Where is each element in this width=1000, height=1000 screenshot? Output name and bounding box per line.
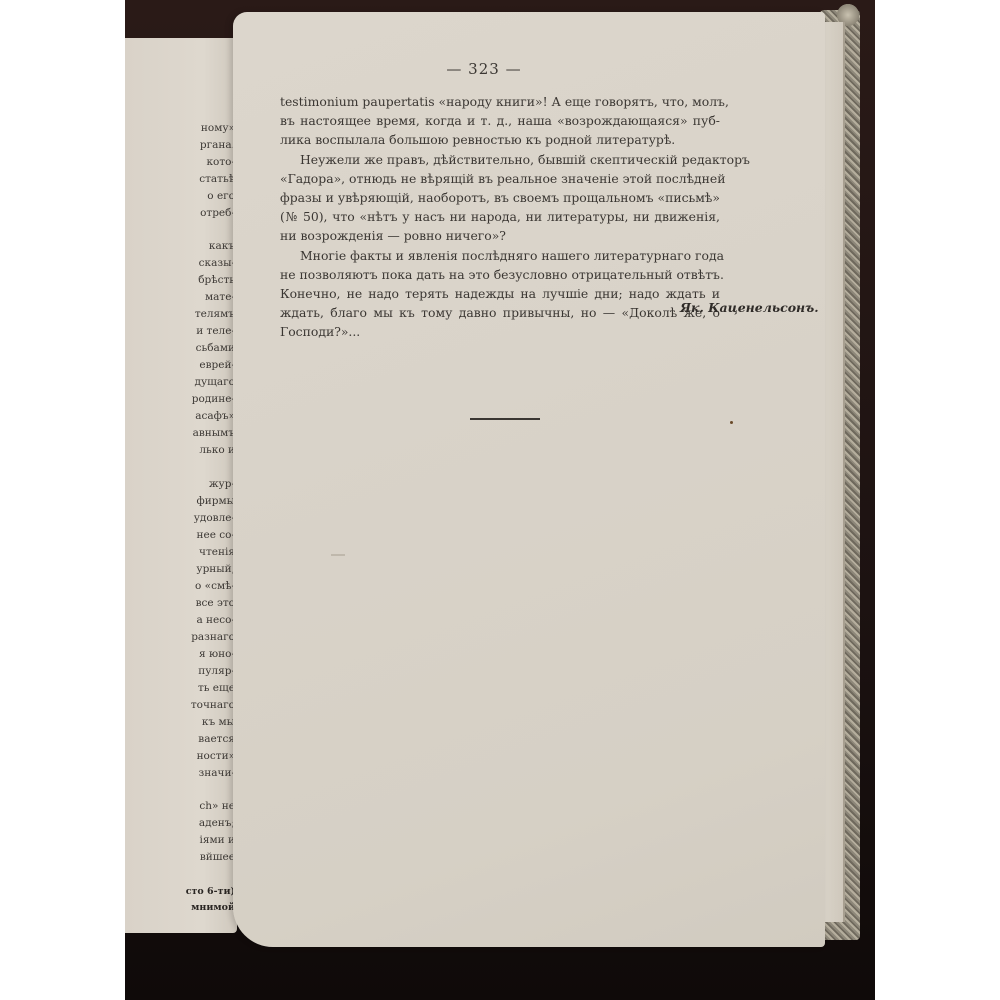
left-page-fragment: еврей-: [199, 358, 235, 372]
left-page-fragment: ному»: [201, 121, 235, 135]
left-page-fragment: сьбами: [196, 341, 235, 355]
left-page-fragment: точнаго: [191, 698, 235, 712]
left-page-fragment: родине-: [192, 392, 235, 406]
left-page-fragment: а несо-: [196, 613, 235, 627]
left-page-fragment: аденъ;: [199, 816, 235, 830]
paper-spot: [730, 421, 733, 424]
end-rule-divider: [470, 418, 540, 420]
text-line: «Гадора», отнюдь не вѣрящій въ реальное …: [280, 169, 720, 188]
left-page-fragment: вается: [198, 732, 235, 746]
left-page-fragment: и теле-: [196, 324, 235, 338]
left-page-fragment: брѣсть: [198, 273, 235, 287]
text-line: testimonium paupertatis «народу книги»! …: [280, 92, 720, 111]
left-page-fragment: фирмы: [197, 494, 235, 508]
left-page-fragment: статьѣ: [199, 172, 235, 186]
left-page-fragment: іями и: [200, 833, 235, 847]
left-page-fragment: асафъ»: [195, 409, 235, 423]
left-page-fragment: все это: [196, 596, 235, 610]
page-number: — 323 —: [233, 60, 825, 78]
text-line: Господи?»...: [280, 322, 720, 341]
book-photograph: ному»ргана.кото-статьѣо егоотреб-какъска…: [125, 0, 875, 1000]
main-page-body-text: testimonium paupertatis «народу книги»! …: [280, 92, 720, 342]
left-page-fragment: пуляр-: [198, 664, 235, 678]
page-nick: [331, 554, 345, 556]
left-page: ному»ргана.кото-статьѣо егоотреб-какъска…: [125, 38, 237, 933]
left-page-fragment: урный,: [196, 562, 235, 576]
left-page-fragment: къ мы: [202, 715, 235, 729]
left-page-fragment: кото-: [206, 155, 235, 169]
left-page-fragment: сто 6-ти): [186, 885, 235, 899]
text-line: лика воспылала большою ревностью къ родн…: [280, 130, 720, 149]
left-page-fragment: чтенія: [199, 545, 235, 559]
left-page-fragment: я юно-: [199, 647, 235, 661]
text-line: Конечно, не надо терять надежды на лучші…: [280, 284, 720, 303]
left-page-fragment: мнимой: [191, 901, 235, 915]
text-line: въ настоящее время, когда и т. д., наша …: [280, 111, 720, 130]
left-page-fragment: ch» не: [199, 799, 235, 813]
left-page-fragment: о его: [207, 189, 235, 203]
text-line: (№ 50), что «нѣтъ у насъ ни народа, ни л…: [280, 207, 720, 226]
left-page-fragment: ности»: [197, 749, 235, 763]
left-page-fragment: значи-: [199, 766, 235, 780]
text-line: не позволяютъ пока дать на это безусловн…: [280, 265, 720, 284]
left-page-fragment: дущаго: [195, 375, 236, 389]
left-page-fragment: мате-: [205, 290, 235, 304]
left-page-fragment: разнаго: [191, 630, 235, 644]
left-page-fragment: отреб-: [200, 206, 235, 220]
text-line: Неужели же правъ, дѣйствительно, бывшій …: [280, 150, 720, 169]
left-page-fragment: вйшее: [200, 850, 235, 864]
author-signature: Як. Каценельсонъ.: [680, 300, 819, 315]
left-page-fragment: сказы-: [199, 256, 235, 270]
left-page-fragment: телямъ: [195, 307, 235, 321]
left-page-fragment: нее со-: [196, 528, 235, 542]
left-page-fragment: ть еще: [198, 681, 235, 695]
left-page-fragment: авнымъ: [193, 426, 235, 440]
left-page-fragment: лько и: [199, 443, 235, 457]
left-page-fragment: ргана.: [200, 138, 235, 152]
text-line: ждать, благо мы къ тому давно привычны, …: [280, 303, 720, 322]
text-line: Многіе факты и явленія послѣдняго нашего…: [280, 246, 720, 265]
text-line: ни возрожденія — ровно ничего»?: [280, 226, 720, 245]
text-line: фразы и увѣряющій, наоборотъ, въ своемъ …: [280, 188, 720, 207]
left-page-fragment: удовле-: [194, 511, 235, 525]
left-page-fragment: жур-: [209, 477, 235, 491]
left-page-fragment: какъ: [209, 239, 235, 253]
left-page-fragment: о «смѣ-: [195, 579, 235, 593]
